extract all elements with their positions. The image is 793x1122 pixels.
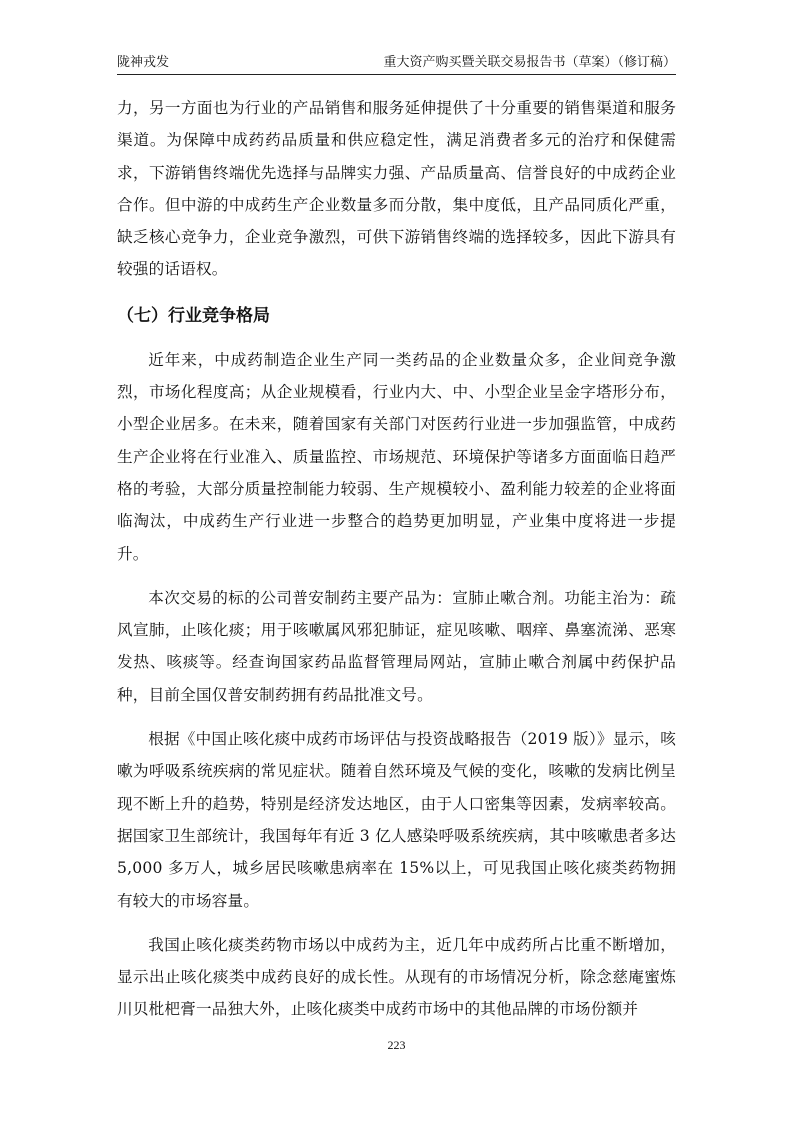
paragraph-industry-competition: 近年来，中成药制造企业生产同一类药品的企业数量众多，企业间竞争激烈，市场化程度高… (117, 344, 676, 570)
paragraph-target-product: 本次交易的标的公司普安制药主要产品为：宣肺止嗽合剂。功能主治为：疏风宣肺，止咳化… (117, 582, 676, 711)
section-heading: （七）行业竞争格局 (117, 286, 676, 344)
paragraph-continuation: 力，另一方面也为行业的产品销售和服务延伸提供了十分重要的销售渠道和服务渠道。为保… (117, 92, 676, 286)
header-document-title: 重大资产购买暨关联交易报告书（草案）（修订稿） (383, 54, 676, 72)
paragraph-market-structure: 我国止咳化痰类药物市场以中成药为主，近几年中成药所占比重不断增加，显示出止咳化痰… (117, 929, 676, 1026)
page-header: 陇神戎发 重大资产购买暨关联交易报告书（草案）（修订稿） (117, 50, 676, 75)
page-number: 223 (0, 1038, 793, 1053)
header-company-name: 陇神戎发 (117, 54, 169, 72)
paragraph-market-report: 根据《中国止咳化痰中成药市场评估与投资战略报告（2019 版）》显示，咳嗽为呼吸… (117, 723, 676, 917)
document-body: 力，另一方面也为行业的产品销售和服务延伸提供了十分重要的销售渠道和服务渠道。为保… (117, 92, 676, 1026)
